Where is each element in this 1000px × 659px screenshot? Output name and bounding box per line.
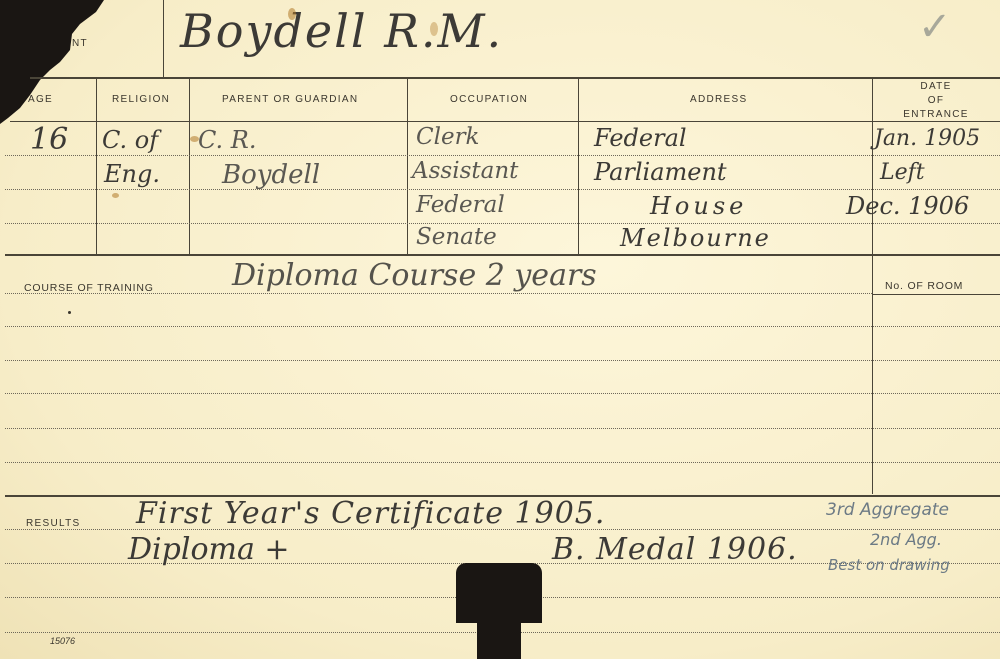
course-value: Diploma Course 2 years [232, 258, 597, 293]
stain [430, 22, 438, 36]
header-occupation: OCCUPATION [450, 94, 528, 105]
room-label: No. OF ROOM [885, 280, 963, 292]
pencil-note-aggregate: 3rd Aggregate [826, 500, 949, 520]
result-line-2: Diploma + [128, 532, 290, 567]
check-mark-icon: ✓ [918, 4, 952, 50]
pencil-note-drawing: Best on drawing [828, 556, 950, 574]
address-line-2: Parliament [594, 158, 727, 186]
dotted-rule [5, 293, 872, 294]
entrance-date: Jan. 1905 [874, 126, 980, 151]
rule [10, 121, 1000, 122]
rule [872, 294, 1000, 295]
left-note: Left [880, 160, 925, 185]
age-value: 16 [30, 122, 68, 157]
name-label: NT [72, 38, 88, 49]
address-line-4: Melbourne [620, 224, 771, 252]
parent-line-2: Boydell [222, 160, 320, 190]
divider [407, 77, 408, 254]
header-age: AGE [28, 94, 53, 105]
header-parent: PARENT OR GUARDIAN [222, 94, 358, 105]
rule [30, 77, 1000, 79]
student-name: Boydell R.M. [180, 4, 503, 58]
divider [96, 77, 97, 254]
dotted-rule [5, 393, 1000, 394]
occupation-line-3: Federal [416, 192, 505, 218]
dotted-rule [5, 360, 1000, 361]
dotted-rule [5, 326, 1000, 327]
religion-line-2: Eng. [104, 160, 160, 188]
rule [5, 254, 1000, 256]
index-card: NT Boydell R.M. ✓ AGE RELIGION PARENT OR… [0, 0, 1000, 659]
card-number: 15076 [50, 636, 75, 646]
filing-notch [456, 563, 542, 623]
divider [189, 77, 190, 254]
dotted-rule [5, 155, 1000, 156]
header-address: ADDRESS [690, 94, 747, 105]
occupation-line-2: Assistant [412, 158, 518, 184]
dotted-rule [5, 462, 1000, 463]
dotted-rule [5, 223, 1000, 224]
stain [288, 8, 296, 20]
address-line-3: House [650, 192, 747, 220]
result-line-1: First Year's Certificate 1905. [136, 496, 605, 531]
dotted-rule [5, 428, 1000, 429]
divider [578, 77, 579, 254]
occupation-line-4: Senate [416, 224, 497, 250]
divider [872, 254, 873, 494]
religion-line-1: C. of [102, 126, 158, 154]
result-line-3: B. Medal 1906. [552, 532, 798, 567]
torn-corner [0, 0, 110, 130]
filing-notch-stem [477, 615, 521, 659]
dotted-rule [5, 189, 1000, 190]
ink-dot [68, 311, 71, 314]
header-religion: RELIGION [112, 94, 170, 105]
stain [112, 193, 119, 198]
leaving-date: Dec. 1906 [846, 192, 969, 220]
address-line-1: Federal [594, 124, 687, 152]
divider [163, 0, 164, 77]
occupation-line-1: Clerk [416, 124, 480, 150]
parent-line-1: C. R. [198, 126, 256, 154]
pencil-note-second-agg: 2nd Agg. [870, 530, 942, 549]
header-date-of-entrance: DATE OF ENTRANCE [872, 80, 1000, 122]
results-label: RESULTS [26, 518, 80, 529]
